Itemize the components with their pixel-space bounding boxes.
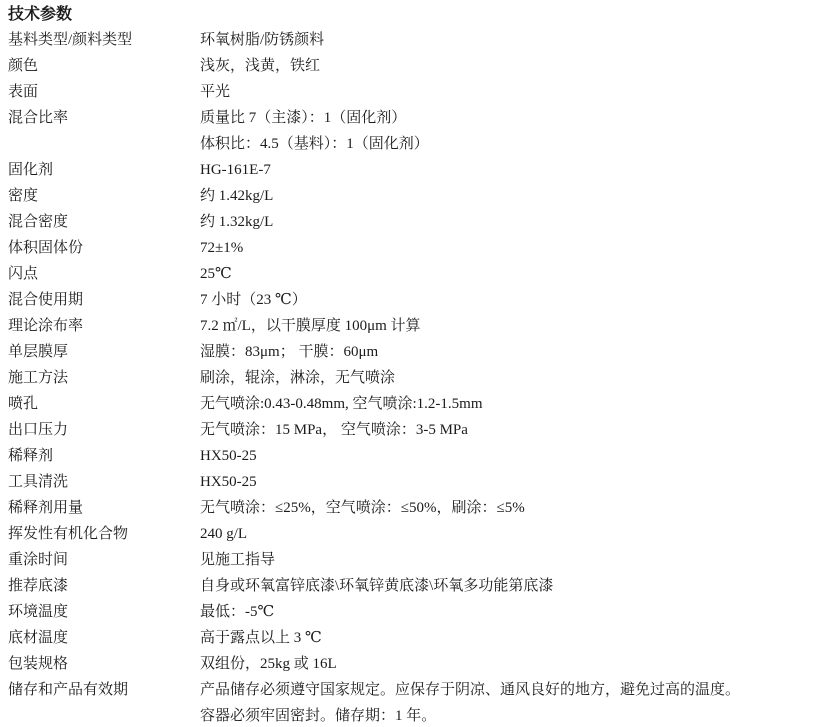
row-value: 平光 [200,79,828,105]
table-row: 施工方法 刷涂，辊涂，淋涂，无气喷涂 [8,365,828,391]
row-value: 无气喷涂：≤25%，空气喷涂：≤50%，刷涂：≤5% [200,495,828,521]
row-value: 湿膜：83μm； 干膜：60μm [200,339,828,365]
page-title: 技术参数 [8,4,828,26]
row-label: 包装规格 [8,651,200,677]
row-values: 浅灰，浅黄，铁红 [200,53,828,79]
row-values: 湿膜：83μm； 干膜：60μm [200,339,828,365]
row-value: HG-161E-7 [200,157,828,183]
row-label: 理论涂布率 [8,313,200,339]
row-values: 约 1.32kg/L [200,209,828,235]
row-value: 约 1.32kg/L [200,209,828,235]
row-values: 双组份，25kg 或 16L [200,651,828,677]
row-values: 见施工指导 [200,547,828,573]
row-label: 稀释剂用量 [8,495,200,521]
row-values: HX50-25 [200,469,828,495]
table-row: 混合使用期 7 小时（23 ℃） [8,287,828,313]
row-value: 产品储存必须遵守国家规定。应保存于阴凉、通风良好的地方，避免过高的温度。 [200,677,828,703]
row-value: 自身或环氧富锌底漆\环氧锌黄底漆\环氧多功能第底漆 [200,573,828,599]
row-label: 基料类型/颜料类型 [8,27,200,53]
row-label: 环境温度 [8,599,200,625]
row-label: 混合使用期 [8,287,200,313]
row-label: 稀释剂 [8,443,200,469]
row-value: 7.2 ㎡/L，以干膜厚度 100μm 计算 [200,313,828,339]
table-row: 固化剂 HG-161E-7 [8,157,828,183]
table-row: 稀释剂用量 无气喷涂：≤25%，空气喷涂：≤50%，刷涂：≤5% [8,495,828,521]
row-label: 喷孔 [8,391,200,417]
row-values: 质量比 7（主漆）：1（固化剂）体积比：4.5（基料）：1（固化剂） [200,105,828,157]
table-row: 包装规格 双组份，25kg 或 16L [8,651,828,677]
table-row: 单层膜厚 湿膜：83μm； 干膜：60μm [8,339,828,365]
row-values: HG-161E-7 [200,157,828,183]
table-row: 环境温度 最低：-5℃ [8,599,828,625]
row-value: 双组份，25kg 或 16L [200,651,828,677]
row-value: 体积比：4.5（基料）：1（固化剂） [200,131,828,157]
table-row: 混合密度 约 1.32kg/L [8,209,828,235]
row-value: 无气喷涂:0.43-0.48mm, 空气喷涂:1.2-1.5mm [200,391,828,417]
row-value: HX50-25 [200,443,828,469]
row-value: 见施工指导 [200,547,828,573]
table-row: 出口压力 无气喷涂：15 MPa， 空气喷涂：3-5 MPa [8,417,828,443]
row-label: 混合比率 [8,105,200,131]
row-value: 高于露点以上 3 ℃ [200,625,828,651]
table-row: 底材温度 高于露点以上 3 ℃ [8,625,828,651]
row-values: 无气喷涂：15 MPa， 空气喷涂：3-5 MPa [200,417,828,443]
table-row: 基料类型/颜料类型 环氧树脂/防锈颜料 [8,27,828,53]
row-label: 体积固体份 [8,235,200,261]
datasheet-page: 技术参数 基料类型/颜料类型 环氧树脂/防锈颜料 颜色 浅灰，浅黄，铁红 表面 … [0,0,836,727]
row-label: 密度 [8,183,200,209]
table-row: 储存和产品有效期 产品储存必须遵守国家规定。应保存于阴凉、通风良好的地方，避免过… [8,677,828,727]
row-value: 最低：-5℃ [200,599,828,625]
row-value: 7 小时（23 ℃） [200,287,828,313]
table-row: 工具清洗 HX50-25 [8,469,828,495]
row-values: 无气喷涂：≤25%，空气喷涂：≤50%，刷涂：≤5% [200,495,828,521]
row-value: 72±1% [200,235,828,261]
row-value: 质量比 7（主漆）：1（固化剂） [200,105,828,131]
row-label: 颜色 [8,53,200,79]
row-value: 浅灰，浅黄，铁红 [200,53,828,79]
table-row: 密度 约 1.42kg/L [8,183,828,209]
row-values: 高于露点以上 3 ℃ [200,625,828,651]
row-values: 环氧树脂/防锈颜料 [200,27,828,53]
row-value: 约 1.42kg/L [200,183,828,209]
table-row: 挥发性有机化合物 240 g/L [8,521,828,547]
row-value: 容器必须牢固密封。储存期：1 年。 [200,703,828,727]
row-values: 72±1% [200,235,828,261]
row-label: 施工方法 [8,365,200,391]
row-label: 出口压力 [8,417,200,443]
table-row: 理论涂布率 7.2 ㎡/L，以干膜厚度 100μm 计算 [8,313,828,339]
row-values: 产品储存必须遵守国家规定。应保存于阴凉、通风良好的地方，避免过高的温度。容器必须… [200,677,828,727]
row-values: 7 小时（23 ℃） [200,287,828,313]
row-value: 刷涂，辊涂，淋涂，无气喷涂 [200,365,828,391]
row-label: 闪点 [8,261,200,287]
table-row: 体积固体份 72±1% [8,235,828,261]
table-row: 重涂时间 见施工指导 [8,547,828,573]
row-values: HX50-25 [200,443,828,469]
table-row: 颜色 浅灰，浅黄，铁红 [8,53,828,79]
row-value: 25℃ [200,261,828,287]
row-values: 刷涂，辊涂，淋涂，无气喷涂 [200,365,828,391]
row-label: 储存和产品有效期 [8,677,200,703]
row-label: 表面 [8,79,200,105]
row-label: 推荐底漆 [8,573,200,599]
table-row: 喷孔 无气喷涂:0.43-0.48mm, 空气喷涂:1.2-1.5mm [8,391,828,417]
row-values: 7.2 ㎡/L，以干膜厚度 100μm 计算 [200,313,828,339]
table-row: 推荐底漆 自身或环氧富锌底漆\环氧锌黄底漆\环氧多功能第底漆 [8,573,828,599]
row-label: 混合密度 [8,209,200,235]
row-values: 25℃ [200,261,828,287]
row-value: 240 g/L [200,521,828,547]
table-row: 混合比率 质量比 7（主漆）：1（固化剂）体积比：4.5（基料）：1（固化剂） [8,105,828,157]
row-label: 挥发性有机化合物 [8,521,200,547]
spec-table: 基料类型/颜料类型 环氧树脂/防锈颜料 颜色 浅灰，浅黄，铁红 表面 平光 混合… [8,27,828,727]
table-row: 表面 平光 [8,79,828,105]
row-label: 固化剂 [8,157,200,183]
row-values: 约 1.42kg/L [200,183,828,209]
row-values: 平光 [200,79,828,105]
row-label: 重涂时间 [8,547,200,573]
row-values: 无气喷涂:0.43-0.48mm, 空气喷涂:1.2-1.5mm [200,391,828,417]
row-label: 工具清洗 [8,469,200,495]
row-values: 自身或环氧富锌底漆\环氧锌黄底漆\环氧多功能第底漆 [200,573,828,599]
row-value: 环氧树脂/防锈颜料 [200,27,828,53]
table-row: 闪点 25℃ [8,261,828,287]
row-value: HX50-25 [200,469,828,495]
row-label: 单层膜厚 [8,339,200,365]
table-row: 稀释剂 HX50-25 [8,443,828,469]
row-values: 最低：-5℃ [200,599,828,625]
row-values: 240 g/L [200,521,828,547]
row-label: 底材温度 [8,625,200,651]
row-value: 无气喷涂：15 MPa， 空气喷涂：3-5 MPa [200,417,828,443]
